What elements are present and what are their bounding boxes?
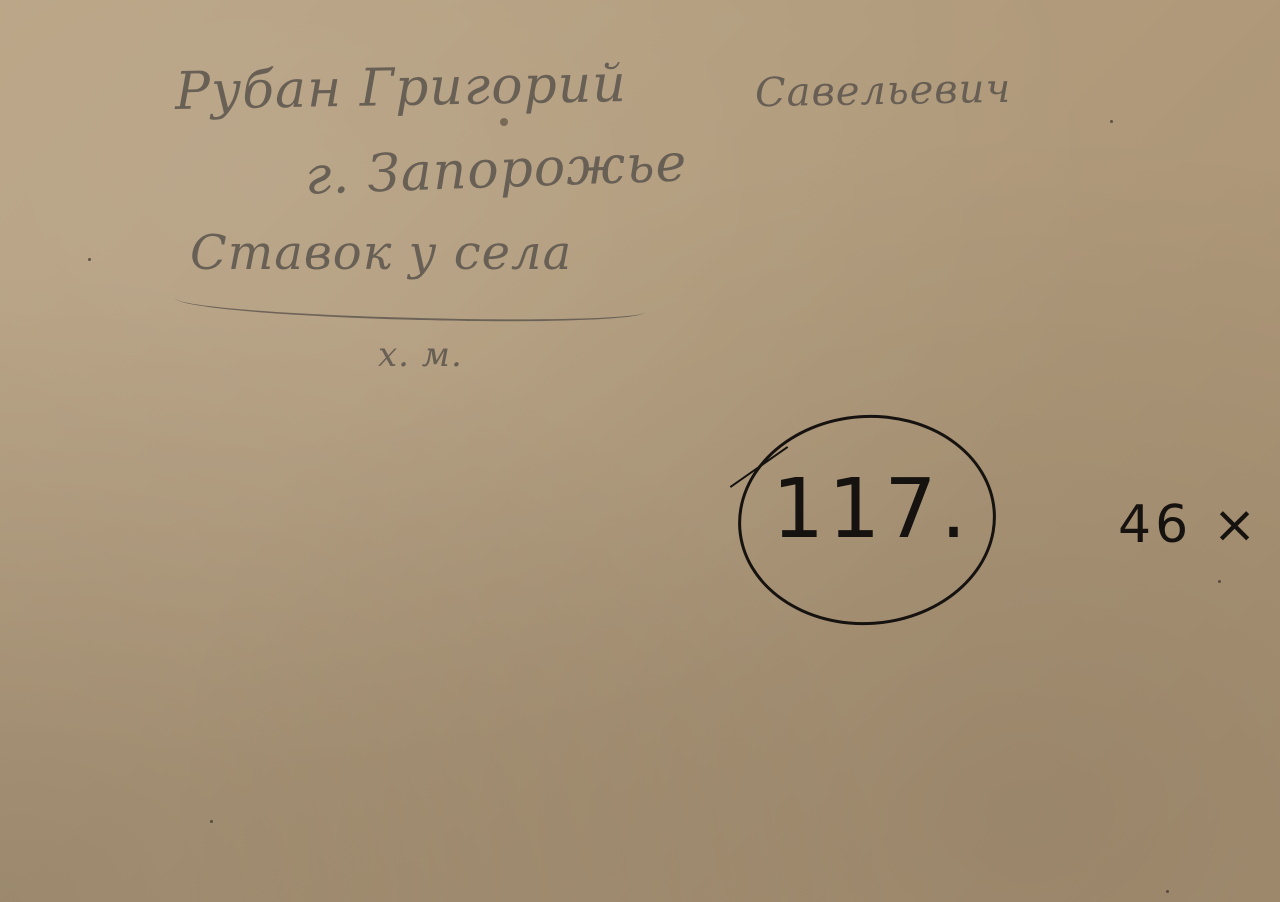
catalogue-number: 117. bbox=[772, 462, 971, 557]
speck bbox=[1166, 890, 1169, 893]
title-underline bbox=[175, 286, 645, 324]
size-fragment: 46 × bbox=[1118, 495, 1260, 555]
speck bbox=[1110, 120, 1113, 123]
inscription-city: г. Запорожье bbox=[304, 133, 688, 206]
inscription-medium: х. м. bbox=[378, 335, 463, 375]
speck bbox=[1218, 580, 1221, 583]
speck bbox=[88, 258, 91, 261]
inscription-artist-name: Рубан Григорий bbox=[175, 54, 628, 122]
inscription-title: Ставок у села bbox=[190, 225, 572, 281]
stain bbox=[500, 118, 508, 126]
speck bbox=[210, 820, 213, 823]
inscription-patronymic: Савельевич bbox=[755, 66, 1012, 116]
